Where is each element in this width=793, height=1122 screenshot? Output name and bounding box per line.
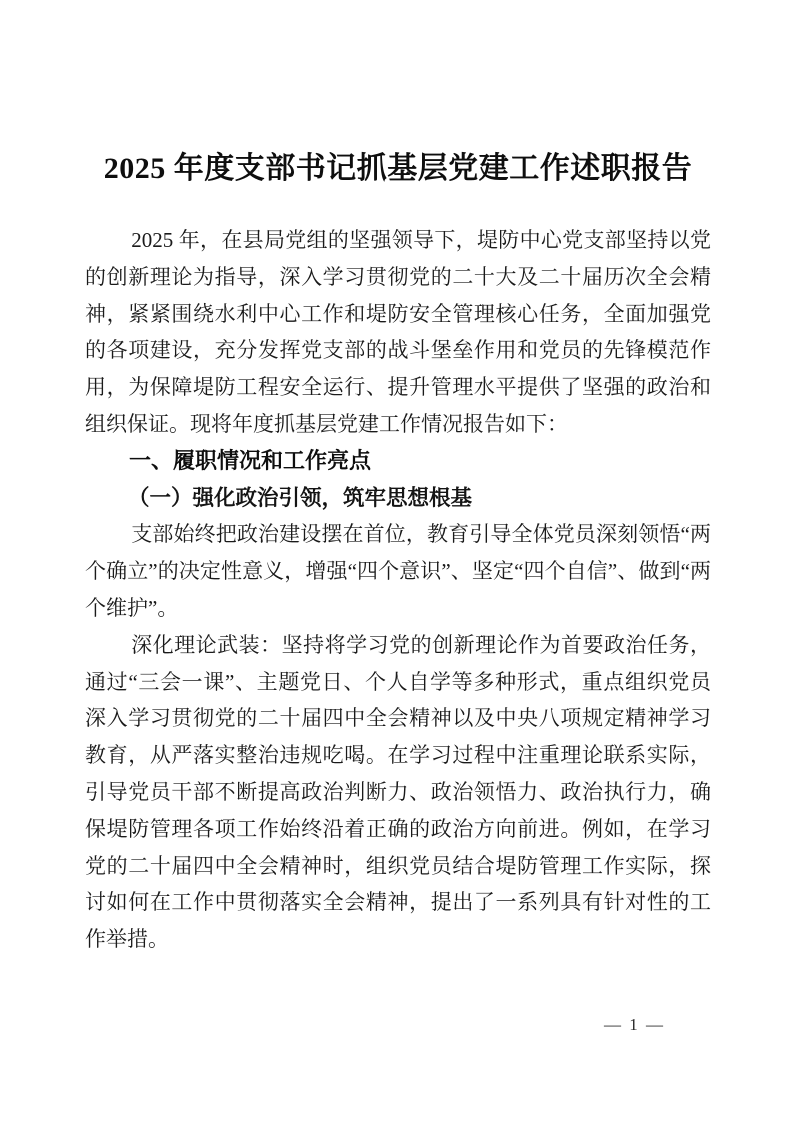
document-title: 2025 年度支部书记抓基层党建工作述职报告 — [85, 146, 711, 192]
paragraph-theory-learning: 深化理论武装：坚持将学习党的创新理论作为首要政治任务，通过“三会一课”、主题党日… — [85, 627, 711, 958]
document-page: 2025 年度支部书记抓基层党建工作述职报告 2025 年，在县局党组的坚强领导… — [0, 0, 793, 1122]
page-number: — 1 — — [604, 1012, 665, 1038]
subsection-heading: （一）强化政治引领，筑牢思想根基 — [85, 480, 711, 517]
document-body: 2025 年度支部书记抓基层党建工作述职报告 2025 年，在县局党组的坚强领导… — [85, 146, 711, 958]
paragraph-political-leadership: 支部始终把政治建设摆在首位，教育引导全体党员深刻领悟“两个确立”的决定性意义，增… — [85, 516, 711, 626]
section-heading: 一、履职情况和工作亮点 — [85, 443, 711, 480]
paragraph-intro: 2025 年，在县局党组的坚强领导下，堤防中心党支部坚持以党的创新理论为指导，深… — [85, 222, 711, 443]
